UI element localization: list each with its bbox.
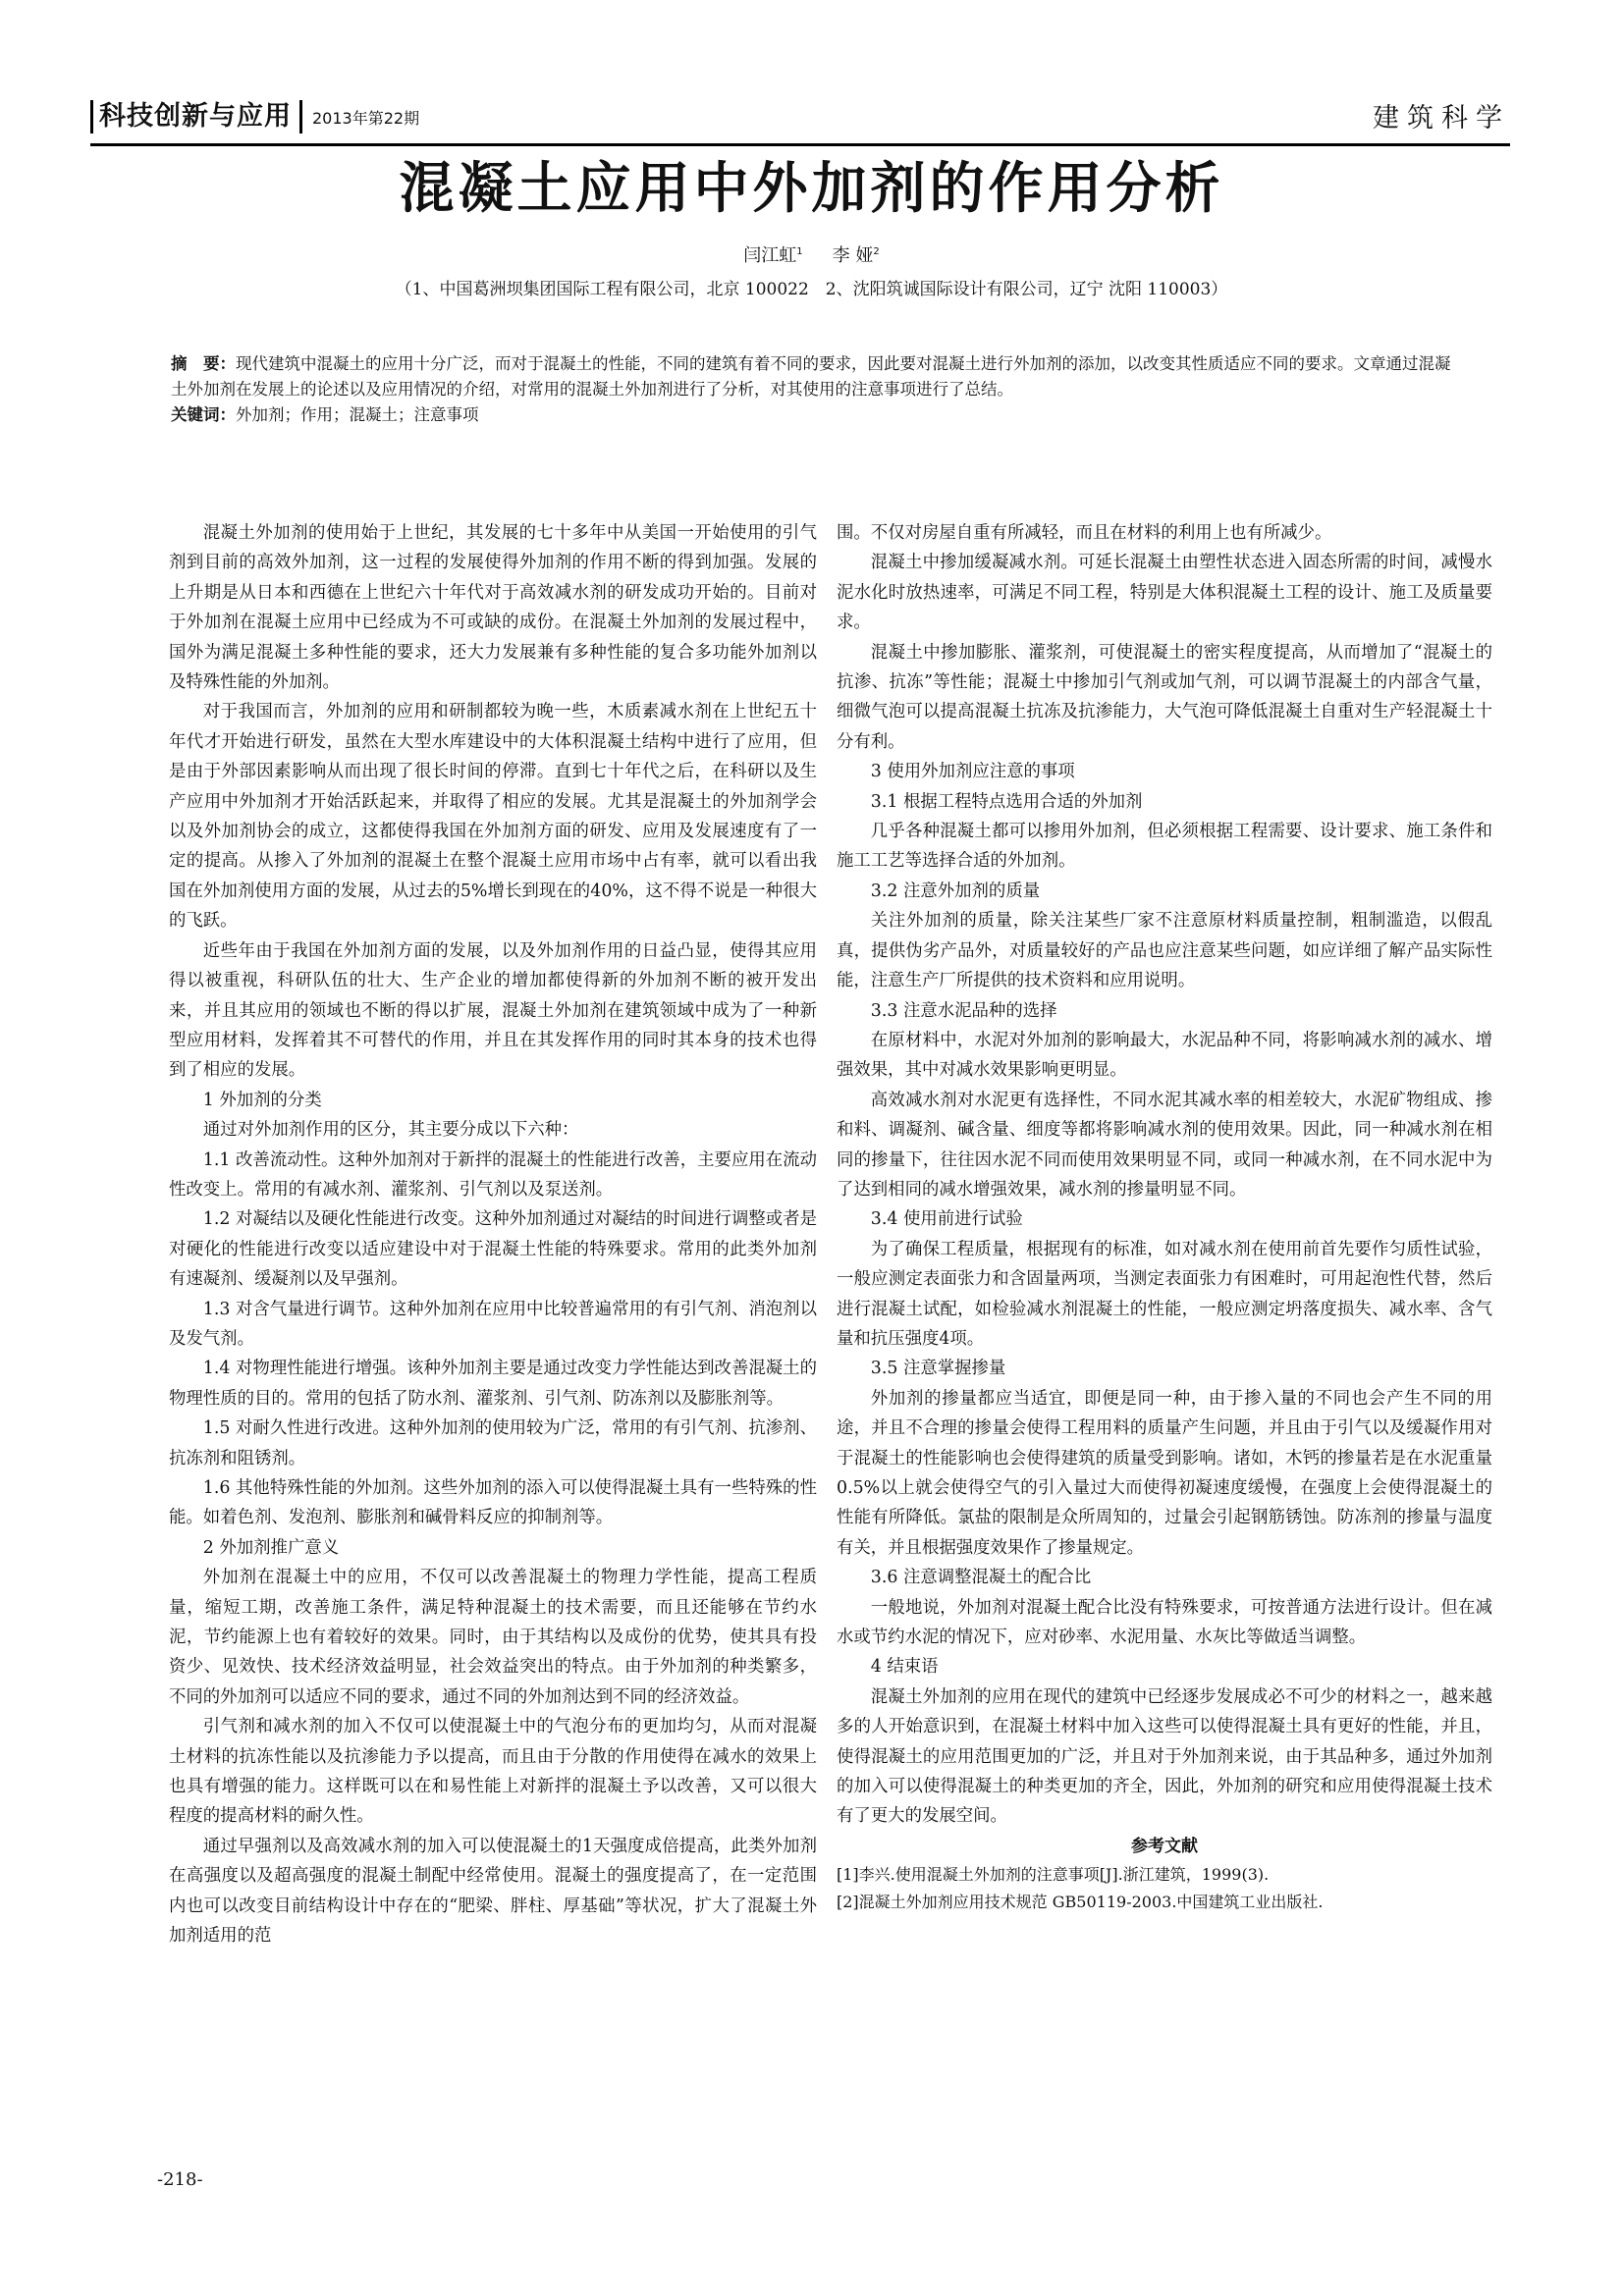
paragraph: 近些年由于我国在外加剂方面的发展，以及外加剂作用的日益凸显，使得其应用得以被重视… bbox=[169, 936, 817, 1086]
subsection-heading: 3.6 注意调整混凝土的配合比 bbox=[837, 1563, 1492, 1592]
subsection-heading: 3.4 使用前进行试验 bbox=[837, 1204, 1492, 1234]
abstract: 摘 要：现代建筑中混凝土的应用十分广泛，而对于混凝土的性能，不同的建筑有着不同的… bbox=[171, 351, 1457, 402]
header-rule-mid bbox=[299, 100, 302, 133]
section-heading: 4 结束语 bbox=[837, 1652, 1492, 1682]
paragraph: 混凝土中掺加膨胀、灌浆剂，可使混凝土的密实程度提高，从而增加了“混凝土的抗渗、抗… bbox=[837, 638, 1492, 758]
section-label: 建筑科学 bbox=[1373, 102, 1510, 135]
paragraph: 1.4 对物理性能进行增强。该种外加剂主要是通过改变力学性能达到改善混凝土的物理… bbox=[169, 1354, 817, 1414]
affiliations: （1、中国葛洲坝集团国际工程有限公司，北京 100022 2、沈阳筑诚国际设计有… bbox=[0, 277, 1623, 302]
section-heading: 3 使用外加剂应注意的事项 bbox=[837, 757, 1492, 786]
subsection-heading: 3.5 注意掌握掺量 bbox=[837, 1354, 1492, 1383]
paragraph: 混凝土外加剂的应用在现代的建筑中已经逐步发展成必不可少的材料之一，越来越多的人开… bbox=[837, 1682, 1492, 1832]
paragraph: 引气剂和减水剂的加入不仅可以使混凝土中的气泡分布的更加均匀，从而对混凝土材料的抗… bbox=[169, 1712, 817, 1832]
abstract-block: 摘 要：现代建筑中混凝土的应用十分广泛，而对于混凝土的性能，不同的建筑有着不同的… bbox=[171, 351, 1457, 428]
abstract-label: 摘 要： bbox=[171, 354, 236, 373]
paragraph: 1.2 对凝结以及硬化性能进行改变。这种外加剂通过对凝结的时间进行调整或者是对硬… bbox=[169, 1204, 817, 1294]
paragraph: 几乎各种混凝土都可以掺用外加剂，但必须根据工程需要、设计要求、施工条件和施工工艺… bbox=[837, 817, 1492, 877]
paragraph-continued: 围。不仅对房屋自重有所减轻，而且在材料的利用上也有所减少。 bbox=[837, 518, 1492, 548]
paragraph: 1.1 改善流动性。这种外加剂对于新拌的混凝土的性能进行改善，主要应用在流动性改… bbox=[169, 1146, 817, 1205]
references-heading: 参考文献 bbox=[837, 1832, 1492, 1861]
author-affil-mark: 1 bbox=[796, 246, 802, 257]
author-affil-mark: 2 bbox=[873, 246, 879, 257]
header-rule-left bbox=[90, 100, 93, 133]
paragraph: 1.6 其他特殊性能的外加剂。这些外加剂的添入可以使得混凝土具有一些特殊的性能。… bbox=[169, 1473, 817, 1533]
reference-item: [1]李兴.使用混凝土外加剂的注意事项[J].浙江建筑，1999(3). bbox=[837, 1861, 1492, 1889]
journal-name: 科技创新与应用 bbox=[99, 100, 292, 133]
subsection-heading: 3.3 注意水泥品种的选择 bbox=[837, 996, 1492, 1026]
reference-item: [2]混凝土外加剂应用技术规范 GB50119-2003.中国建筑工业出版社. bbox=[837, 1889, 1492, 1916]
body-column-left: 混凝土外加剂的使用始于上世纪，其发展的七十多年中从美国一开始使用的引气剂到目前的… bbox=[169, 518, 817, 1951]
subsection-heading: 3.2 注意外加剂的质量 bbox=[837, 877, 1492, 906]
paragraph: 混凝土中掺加缓凝减水剂。可延长混凝土由塑性状态进入固态所需的时间，减慢水泥水化时… bbox=[837, 548, 1492, 637]
issue-label: 2013年第22期 bbox=[312, 104, 419, 133]
paragraph: 外加剂的掺量都应当适宜，即便是同一种，由于掺入量的不同也会产生不同的用途，并且不… bbox=[837, 1384, 1492, 1563]
running-header: 科技创新与应用 2013年第22期 建筑科学 bbox=[90, 98, 1510, 146]
section-heading: 2 外加剂推广意义 bbox=[169, 1533, 817, 1563]
paragraph: 为了确保工程质量，根据现有的标准，如对减水剂在使用前首先要作匀质性试验，一般应测… bbox=[837, 1235, 1492, 1355]
paragraph: 外加剂在混凝土中的应用，不仅可以改善混凝土的物理力学性能，提高工程质量，缩短工期… bbox=[169, 1563, 817, 1712]
keywords-label: 关键词： bbox=[171, 405, 236, 424]
author-name: 李 娅 bbox=[833, 245, 874, 266]
paragraph: 通过对外加剂作用的区分，其主要分成以下六种： bbox=[169, 1115, 817, 1145]
abstract-text: 现代建筑中混凝土的应用十分广泛，而对于混凝土的性能，不同的建筑有着不同的要求，因… bbox=[171, 354, 1451, 399]
paragraph: 1.5 对耐久性进行改进。这种外加剂的使用较为广泛，常用的有引气剂、抗渗剂、抗冻… bbox=[169, 1414, 817, 1473]
body-column-right: 围。不仅对房屋自重有所减轻，而且在材料的利用上也有所减少。 混凝土中掺加缓凝减水… bbox=[837, 518, 1492, 1916]
paragraph: 混凝土外加剂的使用始于上世纪，其发展的七十多年中从美国一开始使用的引气剂到目前的… bbox=[169, 518, 817, 697]
paragraph: 一般地说，外加剂对混凝土配合比没有特殊要求，可按普通方法进行设计。但在减水或节约… bbox=[837, 1593, 1492, 1653]
paragraph: 通过早强剂以及高效减水剂的加入可以使混凝土的1天强度成倍提高，此类外加剂在高强度… bbox=[169, 1832, 817, 1951]
paragraph: 对于我国而言，外加剂的应用和研制都较为晚一些，木质素减水剂在上世纪五十年代才开始… bbox=[169, 697, 817, 935]
keywords: 关键词：外加剂；作用；混凝土；注意事项 bbox=[171, 402, 1457, 428]
paragraph: 1.3 对含气量进行调节。这种外加剂在应用中比较普遍常用的有引气剂、消泡剂以及发… bbox=[169, 1295, 817, 1355]
section-heading: 1 外加剂的分类 bbox=[169, 1086, 817, 1115]
journal-banner: 科技创新与应用 2013年第22期 bbox=[90, 100, 419, 133]
keywords-text: 外加剂；作用；混凝土；注意事项 bbox=[236, 405, 479, 424]
paragraph: 高效减水剂对水泥更有选择性，不同水泥其减水率的相差较大，水泥矿物组成、掺和料、调… bbox=[837, 1086, 1492, 1205]
author-name: 闫江虹 bbox=[743, 245, 796, 266]
paragraph: 关注外加剂的质量，除关注某些厂家不注意原材料质量控制，粗制滥造，以假乱真，提供伪… bbox=[837, 906, 1492, 995]
subsection-heading: 3.1 根据工程特点选用合适的外加剂 bbox=[837, 787, 1492, 817]
article-title: 混凝土应用中外加剂的作用分析 bbox=[0, 155, 1623, 224]
page-number: -218- bbox=[157, 2169, 203, 2190]
paragraph: 在原材料中，水泥对外加剂的影响最大，水泥品种不同，将影响减水剂的减水、增强效果，… bbox=[837, 1026, 1492, 1086]
author-line: 闫江虹1李 娅2 bbox=[0, 240, 1623, 269]
